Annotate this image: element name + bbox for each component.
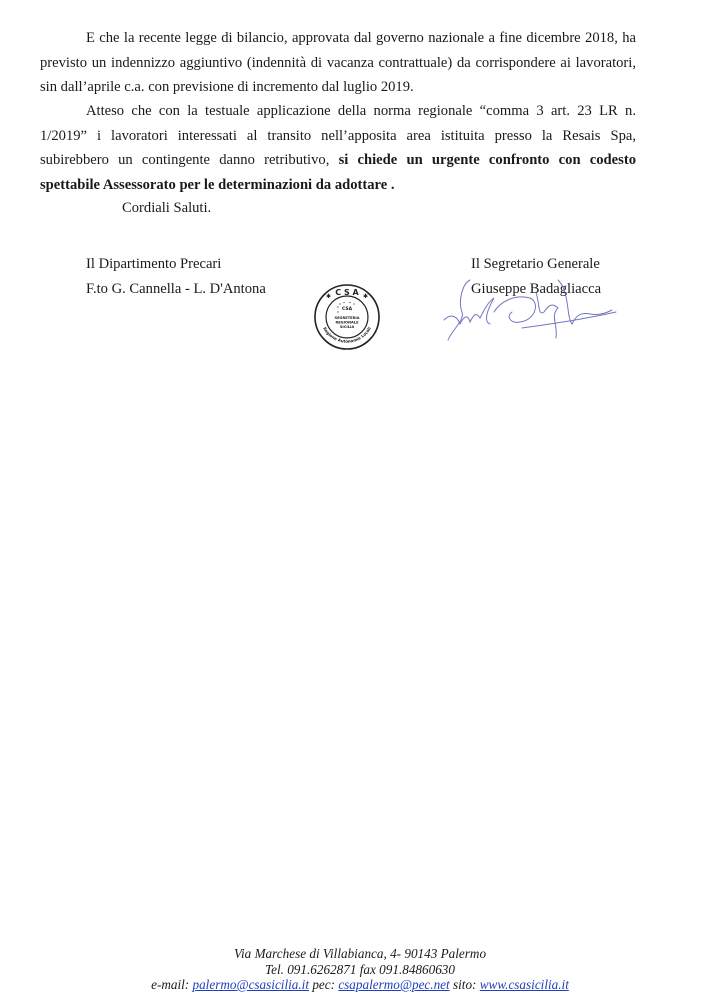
pec-label: pec: (309, 977, 338, 992)
svg-text:SICILIA: SICILIA (340, 325, 355, 329)
footer-phone: Tel. 091.6262871 fax 091.84860630 (0, 962, 720, 978)
signer-title: Il Dipartimento Precari (86, 252, 266, 277)
signature-block-left: Il Dipartimento Precari F.to G. Cannella… (86, 252, 266, 302)
text-line: Atteso che con la testuale applicazione … (40, 99, 636, 124)
paragraph-request: Atteso che con la testuale applicazione … (40, 99, 636, 197)
email-link[interactable]: palermo@csasicilia.it (192, 977, 309, 992)
text-line: previsto un indennizzo aggiuntivo (inden… (40, 51, 636, 76)
site-label: sito: (450, 977, 480, 992)
footer-contacts: e-mail: palermo@csasicilia.it pec: csapa… (0, 977, 720, 993)
text-line-bold: spettabile Assessorato per le determinaz… (40, 173, 636, 198)
footer-address: Via Marchese di Villabianca, 4- 90143 Pa… (0, 946, 720, 962)
svg-text:CSA: CSA (342, 306, 353, 312)
closing-greeting: Cordiali Saluti. (122, 200, 211, 217)
svg-text:REGIONALE: REGIONALE (335, 321, 359, 325)
document-page: E che la recente legge di bilancio, appr… (0, 0, 720, 1002)
text-line: E che la recente legge di bilancio, appr… (40, 26, 636, 51)
text-line: 1/2019” i lavoratori interessati al tran… (40, 124, 636, 149)
pec-link[interactable]: csapalermo@pec.net (338, 977, 449, 992)
email-label: e-mail: (151, 977, 192, 992)
text-normal: subirebbero un contingente danno retribu… (40, 152, 339, 168)
svg-text:✱: ✱ (326, 293, 331, 300)
paragraph-budget-law: E che la recente legge di bilancio, appr… (40, 26, 636, 100)
svg-text:✱: ✱ (363, 293, 368, 300)
text-line: subirebbero un contingente danno retribu… (40, 148, 636, 173)
handwritten-signature-icon (440, 272, 620, 352)
svg-text:SEGRETERIA: SEGRETERIA (334, 316, 359, 320)
website-link[interactable]: www.csasicilia.it (480, 977, 569, 992)
letterhead-footer: Via Marchese di Villabianca, 4- 90143 Pa… (0, 946, 720, 993)
text-bold: si chiede un urgente confronto con codes… (339, 152, 636, 168)
csa-stamp-icon: C S A ✱ ✱ CSA SEGRETERIA REGIONALE SICIL… (311, 283, 383, 351)
text-line: sin dall’aprile c.a. con previsione di i… (40, 75, 636, 100)
signer-names: F.to G. Cannella - L. D'Antona (86, 277, 266, 302)
svg-text:C S A: C S A (335, 288, 359, 297)
